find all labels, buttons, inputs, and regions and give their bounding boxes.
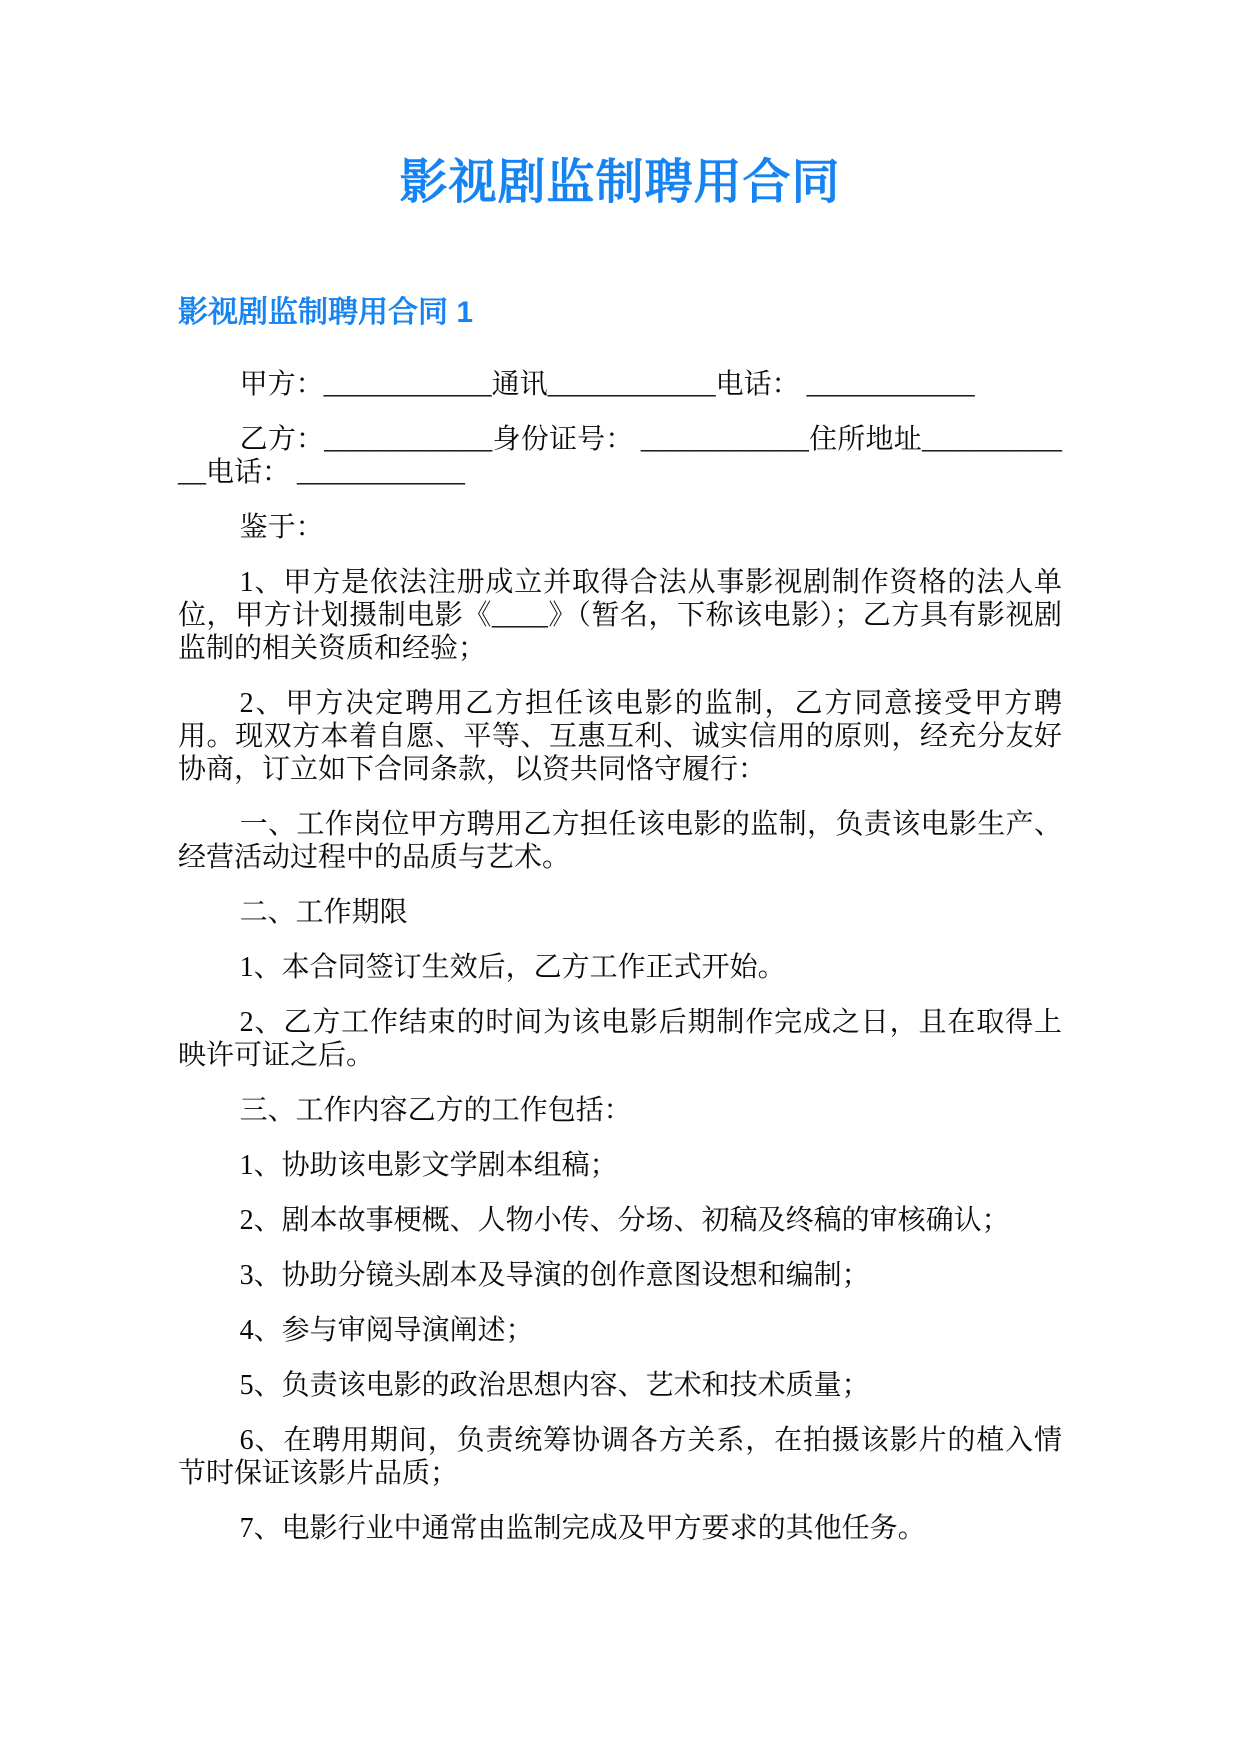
paragraph: 4、参与审阅导演阐述； [178, 1314, 1062, 1347]
paragraph: 1、本合同签订生效后，乙方工作正式开始。 [178, 951, 1062, 984]
paragraph: 鉴于： [178, 511, 1062, 544]
paragraph: 三、工作内容乙方的工作包括： [178, 1094, 1062, 1127]
paragraph: 2、剧本故事梗概、人物小传、分场、初稿及终稿的审核确认； [178, 1204, 1062, 1237]
paragraph: 1、协助该电影文学剧本组稿； [178, 1149, 1062, 1182]
paragraph: 5、负责该电影的政治思想内容、艺术和技术质量； [178, 1369, 1062, 1402]
section-heading: 影视剧监制聘用合同 1 [178, 294, 1062, 332]
paragraph: 一、工作岗位甲方聘用乙方担任该电影的监制，负责该电影生产、经营活动过程中的品质与… [178, 808, 1062, 874]
paragraph: 1、甲方是依法注册成立并取得合法从事影视剧制作资格的法人单位，甲方计划摄制电影《… [178, 566, 1062, 665]
document-page: 影视剧监制聘用合同 影视剧监制聘用合同 1 甲方：____________通讯_… [0, 0, 1240, 1754]
paragraph: 2、甲方决定聘用乙方担任该电影的监制，乙方同意接受甲方聘用。现双方本着自愿、平等… [178, 687, 1062, 786]
paragraph: 3、协助分镜头剧本及导演的创作意图设想和编制； [178, 1259, 1062, 1292]
paragraph: 二、工作期限 [178, 896, 1062, 929]
document-body: 甲方：____________通讯____________电话： _______… [178, 368, 1062, 1545]
document-title: 影视剧监制聘用合同 [178, 152, 1062, 214]
paragraph: 甲方：____________通讯____________电话： _______… [178, 368, 1062, 401]
paragraph: 2、乙方工作结束的时间为该电影后期制作完成之日，且在取得上映许可证之后。 [178, 1006, 1062, 1072]
paragraph: 7、电影行业中通常由监制完成及甲方要求的其他任务。 [178, 1512, 1062, 1545]
paragraph: 乙方：____________身份证号： ____________住所地址___… [178, 423, 1062, 489]
paragraph: 6、在聘用期间，负责统筹协调各方关系，在拍摄该影片的植入情节时保证该影片品质； [178, 1424, 1062, 1490]
